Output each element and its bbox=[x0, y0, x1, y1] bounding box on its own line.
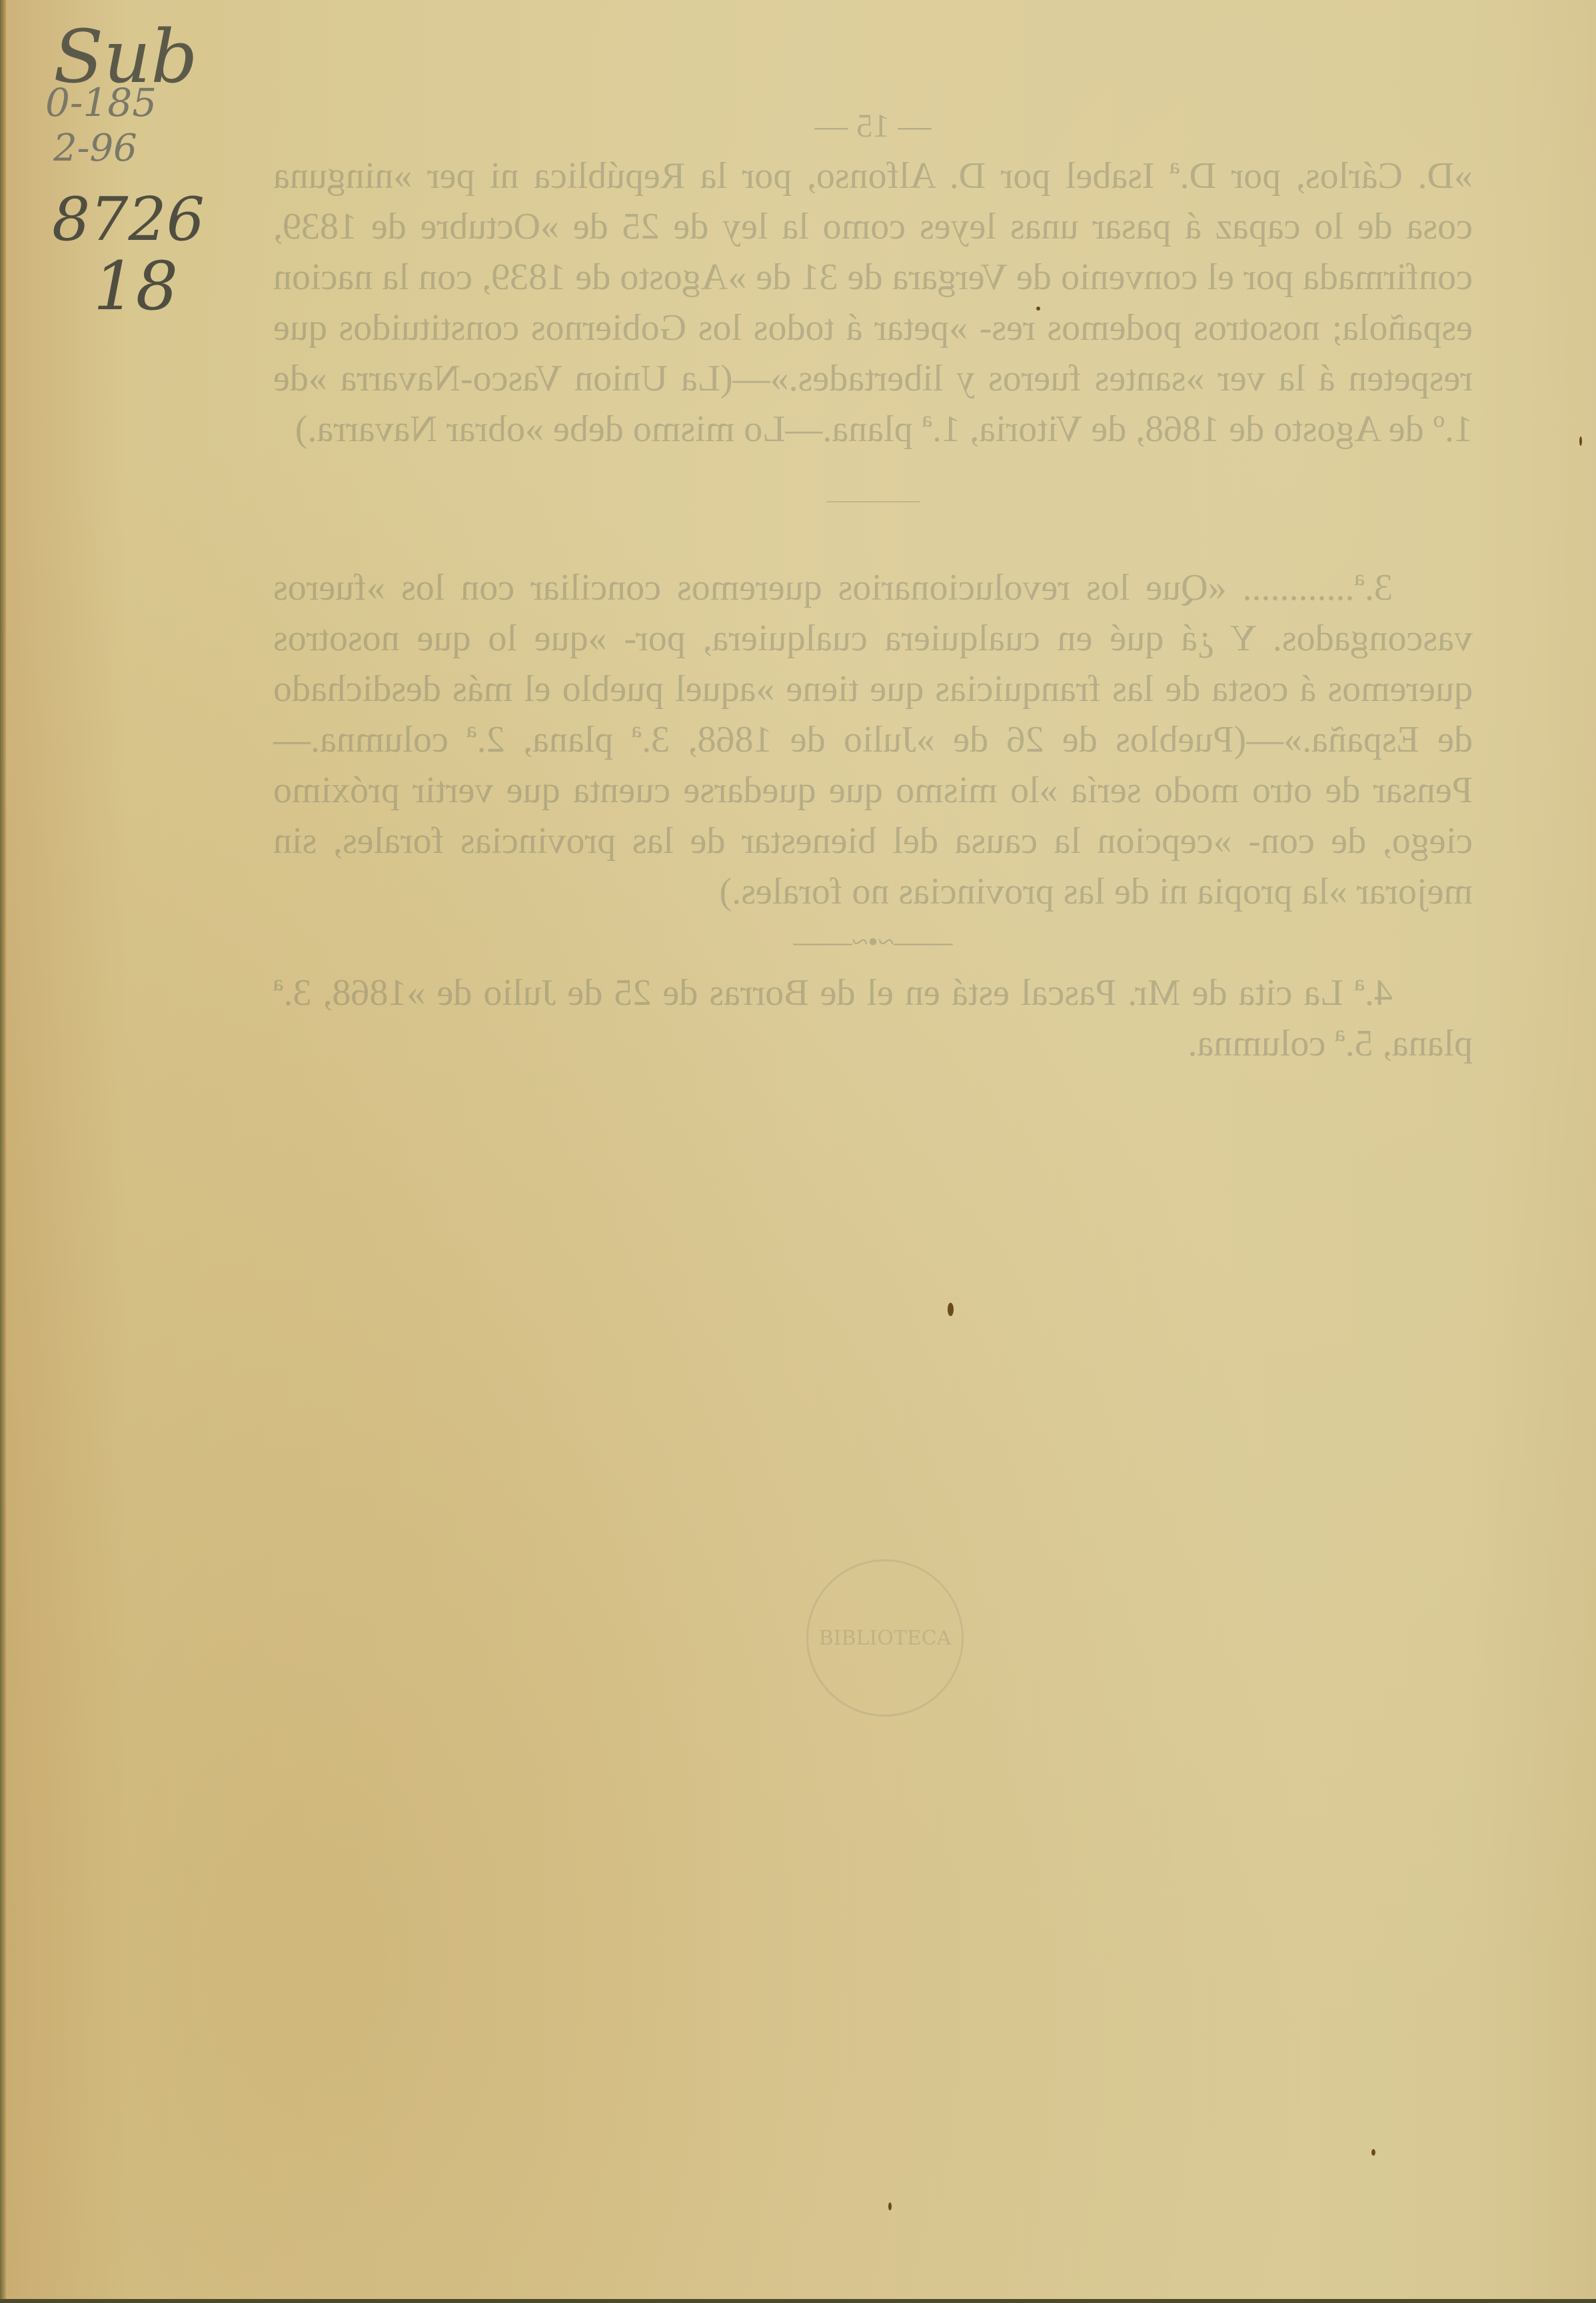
handwritten-note: 18 bbox=[93, 253, 178, 320]
paper-speck bbox=[888, 2202, 892, 2210]
paper-speck bbox=[948, 1303, 954, 1316]
page-bottom-edge bbox=[0, 2299, 1596, 2303]
divider bbox=[826, 501, 920, 502]
handwritten-note: 0-185 bbox=[45, 83, 157, 122]
paper-speck bbox=[1579, 436, 1582, 446]
stamp-text: BIBLIOTECA bbox=[819, 1627, 952, 1650]
handwritten-catalog-number: 8726 bbox=[52, 190, 205, 250]
paragraph: 4.ª La cita de Mr. Pascal está en el de … bbox=[273, 968, 1473, 1069]
show-through-text: — 15 — »D. Cárlos, por D.ª Isabel por D.… bbox=[273, 100, 1473, 1069]
library-stamp: BIBLIOTECA bbox=[806, 1559, 964, 1717]
page-number: — 15 — bbox=[273, 100, 1473, 151]
handwritten-note: 2-96 bbox=[53, 130, 137, 167]
ornament-divider: ——~•~—— bbox=[273, 917, 1473, 968]
binding-edge bbox=[0, 0, 6, 2303]
paragraph: 3.ª............ «Que los revolucionarios… bbox=[273, 562, 1473, 917]
paper-speck bbox=[1036, 307, 1040, 311]
document-page: Sub 0-185 2-96 8726 18 — 15 — »D. Cárlos… bbox=[0, 0, 1596, 2303]
paragraph: »D. Cárlos, por D.ª Isabel por D. Alfons… bbox=[273, 151, 1473, 454]
paper-speck bbox=[1371, 2149, 1375, 2156]
